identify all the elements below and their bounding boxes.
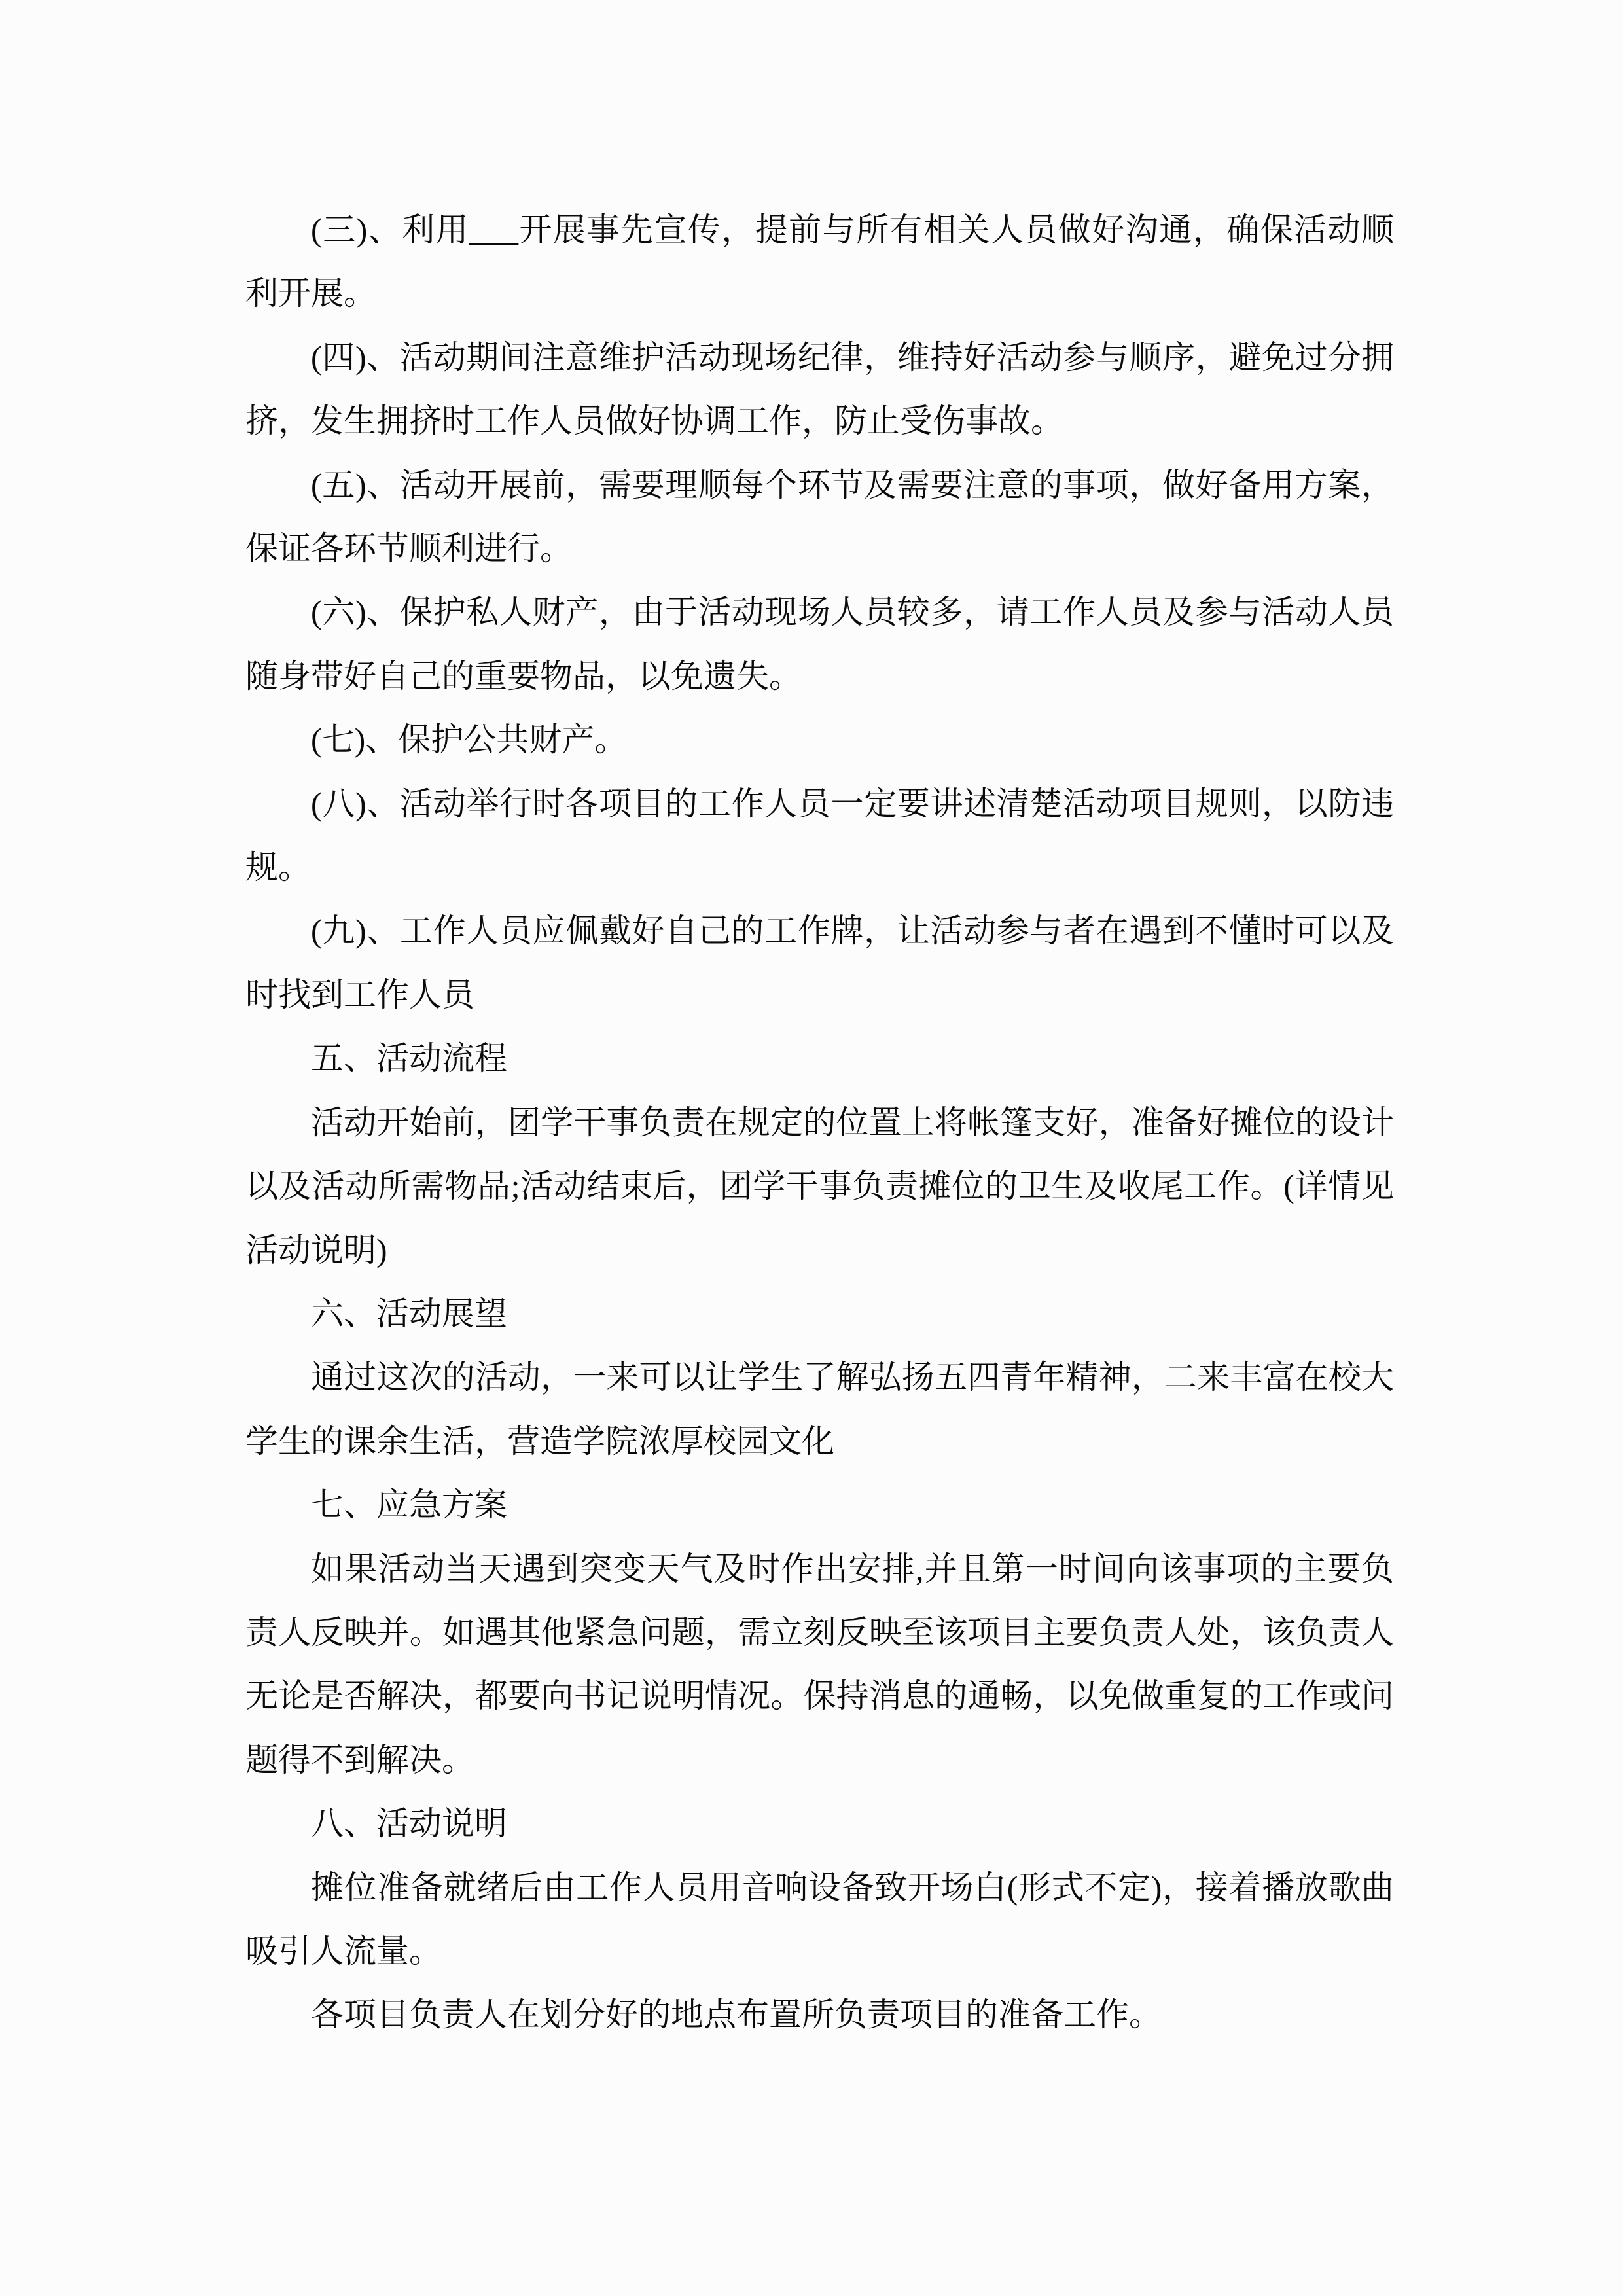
text-line: 挤，发生拥挤时工作人员做好协调工作，防止受伤事故。 [245, 389, 1394, 453]
text-line: 摊位准备就绪后由工作人员用音响设备致开场白(形式不定)，接着播放歌曲 [245, 1856, 1394, 1920]
section-heading: 六、活动展望 [245, 1282, 1394, 1346]
text-line: (九)、工作人员应佩戴好自己的工作牌，让活动参与者在遇到不懂时可以及 [245, 899, 1394, 963]
text-line: 如果活动当天遇到突变天气及时作出安排,并且第一时间向该事项的主要负 [245, 1537, 1394, 1601]
text-line: 活动开始前，团学干事负责在规定的位置上将帐篷支好，准备好摊位的设计 [245, 1091, 1394, 1155]
text-line: 通过这次的活动，一来可以让学生了解弘扬五四青年精神，二来丰富在校大 [245, 1346, 1394, 1409]
text-line: 学生的课余生活，营造学院浓厚校园文化 [245, 1410, 1394, 1473]
text-line: (三)、利用___开展事先宣传，提前与所有相关人员做好沟通，确保活动顺 [245, 198, 1394, 262]
text-line: 以及活动所需物品;活动结束后，团学干事负责摊位的卫生及收尾工作。(详情见 [245, 1155, 1394, 1218]
text-line: (八)、活动举行时各项目的工作人员一定要讲述清楚活动项目规则，以防违 [245, 772, 1394, 836]
text-line: 吸引人流量。 [245, 1920, 1394, 1983]
document-page: (三)、利用___开展事先宣传，提前与所有相关人员做好沟通，确保活动顺 利开展。… [0, 0, 1623, 2296]
section-heading: 五、活动流程 [245, 1027, 1394, 1090]
text-line: (七)、保护公共财产。 [245, 708, 1394, 772]
text-line: 时找到工作人员 [245, 963, 1394, 1027]
text-line: 规。 [245, 836, 1394, 899]
text-line: 利开展。 [245, 262, 1394, 325]
text-line: 保证各环节顺利进行。 [245, 517, 1394, 581]
text-line: 随身带好自己的重要物品，以免遗失。 [245, 645, 1394, 708]
document-body: (三)、利用___开展事先宣传，提前与所有相关人员做好沟通，确保活动顺 利开展。… [245, 198, 1394, 2047]
section-heading: 七、应急方案 [245, 1473, 1394, 1537]
text-line: 各项目负责人在划分好的地点布置所负责项目的准备工作。 [245, 1983, 1394, 2047]
section-heading: 八、活动说明 [245, 1792, 1394, 1856]
text-line: 题得不到解决。 [245, 1729, 1394, 1792]
text-line: 责人反映并。如遇其他紧急问题，需立刻反映至该项目主要负责人处，该负责人 [245, 1601, 1394, 1664]
text-line: 无论是否解决，都要向书记说明情况。保持消息的通畅，以免做重复的工作或问 [245, 1664, 1394, 1728]
text-line: (四)、活动期间注意维护活动现场纪律，维持好活动参与顺序，避免过分拥 [245, 326, 1394, 389]
text-line: (五)、活动开展前，需要理顺每个环节及需要注意的事项，做好备用方案， [245, 454, 1394, 517]
text-line: (六)、保护私人财产，由于活动现场人员较多，请工作人员及参与活动人员 [245, 581, 1394, 644]
text-line: 活动说明) [245, 1219, 1394, 1282]
